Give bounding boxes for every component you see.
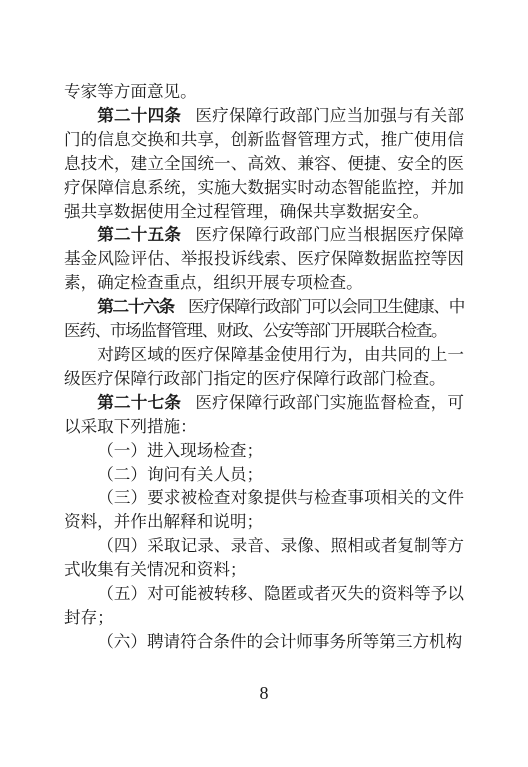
document-text-block: 专家等方面意见。 第二十四条医疗保障行政部门应当加强与有关部门的信息交换和共享，…	[64, 80, 464, 654]
paragraph-continuation: 专家等方面意见。	[64, 80, 464, 104]
paragraph-text: （五）对可能被转移、隐匿或者灭失的资料等予以封存；	[64, 584, 464, 627]
article-number: 第二十六条	[97, 297, 174, 316]
paragraph-text: （一）进入现场检查；	[97, 441, 263, 460]
paragraph-text: （三）要求被检查对象提供与检查事项相关的文件资料，并作出解释和说明；	[64, 488, 464, 531]
paragraph-list-item-3: （三）要求被检查对象提供与检查事项相关的文件资料，并作出解释和说明；	[64, 486, 464, 534]
article-number: 第二十七条	[97, 393, 181, 412]
paragraph-text: 对跨区域的医疗保障基金使用行为，由共同的上一级医疗保障行政部门指定的医疗保障行政…	[64, 345, 464, 388]
paragraph-article-26: 第二十六条医疗保障行政部门可以会同卫生健康、中医药、市场监督管理、财政、公安等部…	[64, 295, 464, 343]
paragraph-list-item-5: （五）对可能被转移、隐匿或者灭失的资料等予以封存；	[64, 582, 464, 630]
article-number: 第二十五条	[97, 225, 181, 244]
paragraph-list-item-2: （二）询问有关人员；	[64, 463, 464, 487]
paragraph-text: （二）询问有关人员；	[97, 465, 263, 484]
paragraph-article-25: 第二十五条医疗保障行政部门应当根据医疗保障基金风险评估、举报投诉线索、医疗保障数…	[64, 223, 464, 295]
page-number: 8	[0, 684, 528, 702]
paragraph-article-27: 第二十七条医疗保障行政部门实施监督检查，可以采取下列措施：	[64, 391, 464, 439]
paragraph-text: （四）采取记录、录音、录像、照相或者复制等方式收集有关情况和资料；	[64, 536, 464, 579]
paragraph-article-24: 第二十四条医疗保障行政部门应当加强与有关部门的信息交换和共享，创新监督管理方式，…	[64, 104, 464, 224]
paragraph-text: 专家等方面意见。	[64, 82, 197, 101]
document-page: { "page": { "number": "8", "paragraphs":…	[0, 0, 528, 767]
paragraph-list-item-6: （六）聘请符合条件的会计师事务所等第三方机构	[64, 630, 464, 654]
paragraph-text: （六）聘请符合条件的会计师事务所等第三方机构	[97, 632, 462, 651]
paragraph-list-item-4: （四）采取记录、录音、录像、照相或者复制等方式收集有关情况和资料；	[64, 534, 464, 582]
article-number: 第二十四条	[97, 106, 181, 125]
paragraph-body: 对跨区域的医疗保障基金使用行为，由共同的上一级医疗保障行政部门指定的医疗保障行政…	[64, 343, 464, 391]
paragraph-list-item-1: （一）进入现场检查；	[64, 439, 464, 463]
